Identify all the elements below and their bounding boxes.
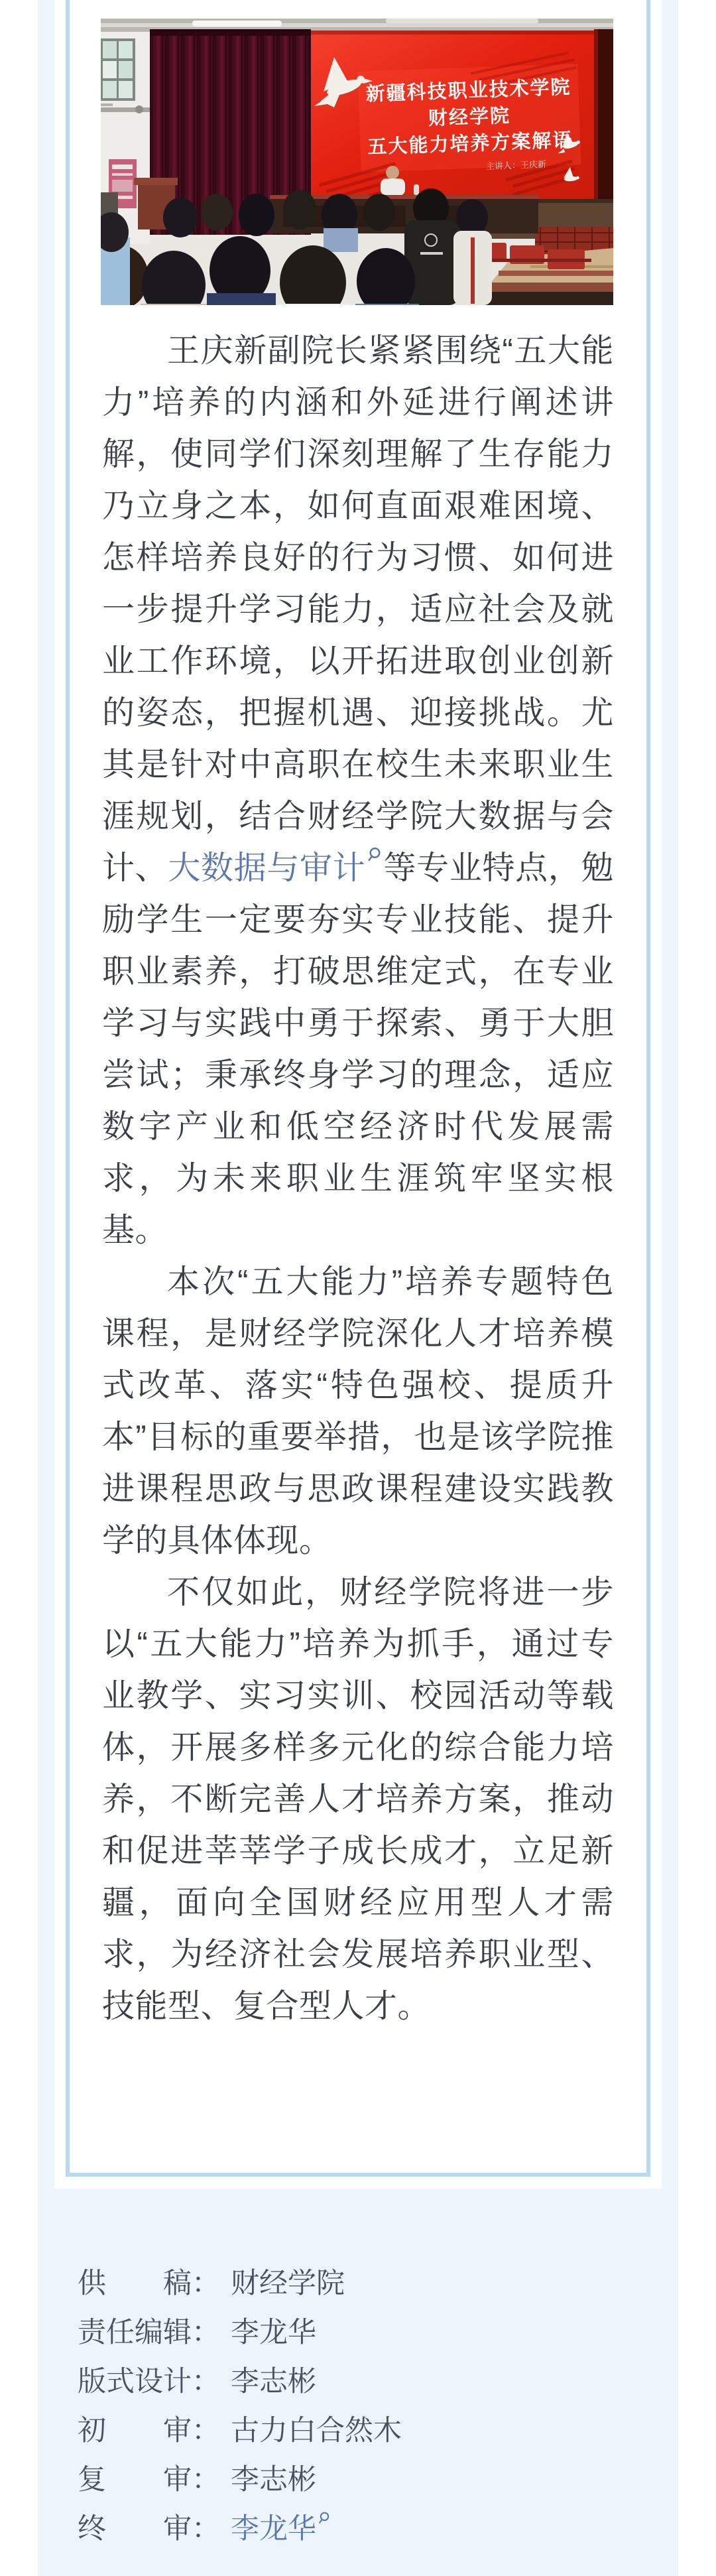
credit-label: 责任编辑： [78, 2310, 220, 2351]
credit-row-final-review: 终 审： 李龙华 [78, 2502, 641, 2551]
paragraph-1: 王庆新副院长紧紧围绕“五大能力”培养的内涵和外延进行阐述讲解，使同学们深刻理解了… [102, 325, 614, 1256]
credit-row-layout: 版式设计： 李志彬 [78, 2354, 641, 2404]
credit-label: 供 稿： [78, 2261, 220, 2301]
credit-row-contributor: 供 稿： 财经学院 [78, 2256, 641, 2305]
search-icon [318, 2511, 331, 2525]
paragraph-1-text-cont: 等专业特点，勉励学生一定要夯实专业技能、提升职业素养，打破思维定式，在专业学习与… [102, 850, 614, 1248]
credit-value: 李志彬 [231, 2457, 316, 2498]
credit-value: 古力白合然木 [231, 2408, 402, 2449]
svg-text:财经学院: 财经学院 [428, 105, 510, 129]
credit-row-second-review: 复 审： 李志彬 [78, 2453, 641, 2502]
credit-value: 李龙华 [231, 2513, 316, 2545]
screen-bezel [597, 29, 613, 203]
credit-final-reviewer-link[interactable]: 李龙华 [231, 2506, 331, 2547]
search-icon [367, 846, 383, 863]
link-big-data-audit[interactable]: 大数据与审计 [168, 850, 383, 886]
lecture-photo-scene: 新疆科技职业技术学院 财经学院 五大能力培养方案解语 主讲人：王庆新 [101, 19, 613, 305]
credits-block: 供 稿： 财经学院 责任编辑： 李龙华 版式设计： 李志彬 初 审： 古力白合然… [78, 2256, 641, 2551]
article-inner-frame: 新疆科技职业技术学院 财经学院 五大能力培养方案解语 主讲人：王庆新 [66, 0, 650, 2177]
credit-label: 初 审： [78, 2408, 220, 2449]
credit-value: 李志彬 [231, 2359, 316, 2400]
credit-row-first-review: 初 审： 古力白合然木 [78, 2404, 641, 2453]
article-card: 新疆科技职业技术学院 财经学院 五大能力培养方案解语 主讲人：王庆新 [54, 0, 662, 2189]
credit-label: 终 审： [78, 2506, 220, 2547]
article-page: { "photo": { "slide": { "line1": "新疆科技职业… [0, 0, 716, 2576]
credit-label: 复 审： [78, 2457, 220, 2498]
credit-row-editor: 责任编辑： 李龙华 [78, 2305, 641, 2354]
paragraph-1-text: 王庆新副院长紧紧围绕“五大能力”培养的内涵和外延进行阐述讲解，使同学们深刻理解了… [102, 333, 614, 886]
paragraph-3: 不仅如此，财经学院将进一步以“五大能力”培养为抓手，通过专业教学、实习实训、校园… [102, 1567, 614, 2032]
lecture-photo[interactable]: 新疆科技职业技术学院 财经学院 五大能力培养方案解语 主讲人：王庆新 [101, 19, 613, 305]
paragraph-2: 本次“五大能力”培养专题特色课程，是财经学院深化人才培养模式改革、落实“特色强校… [102, 1256, 614, 1567]
svg-text:主讲人：王庆新: 主讲人：王庆新 [486, 159, 546, 171]
article-body: 王庆新副院长紧紧围绕“五大能力”培养的内涵和外延进行阐述讲解，使同学们深刻理解了… [102, 325, 614, 2032]
credit-label: 版式设计： [78, 2359, 220, 2400]
link-label: 大数据与审计 [168, 850, 365, 886]
credit-value: 李龙华 [231, 2310, 316, 2351]
window [101, 38, 135, 101]
led-screen: 新疆科技职业技术学院 财经学院 五大能力培养方案解语 主讲人：王庆新 [311, 29, 613, 210]
credit-value: 财经学院 [231, 2261, 345, 2301]
